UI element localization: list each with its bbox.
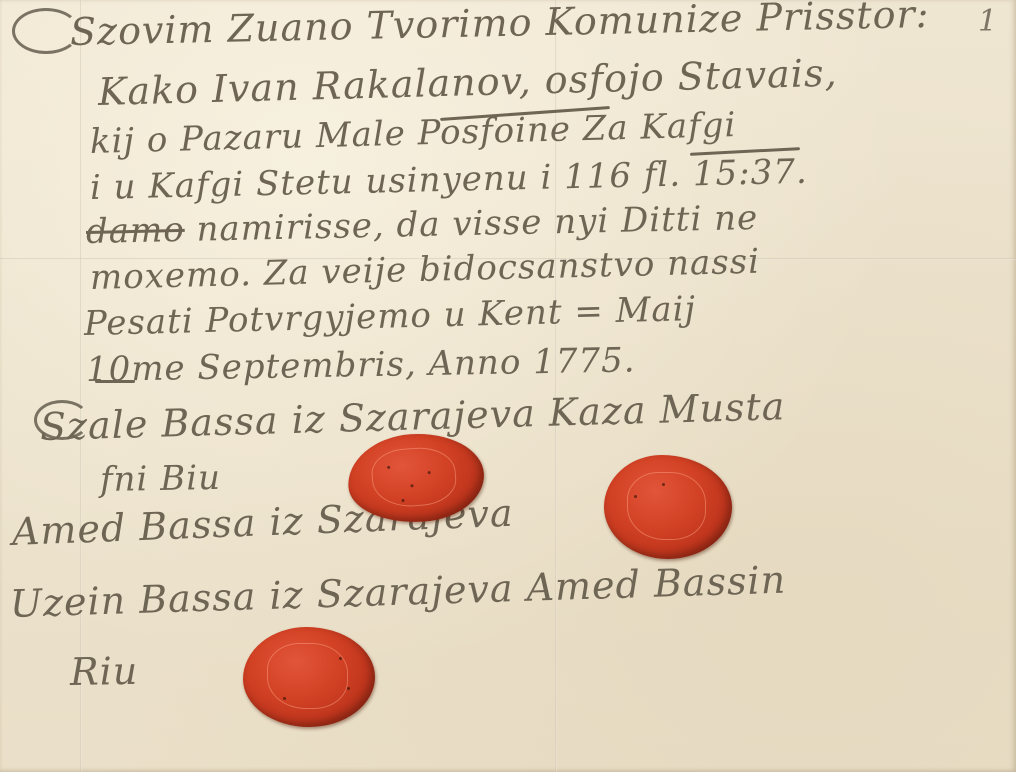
wax-seal-3 bbox=[243, 627, 375, 727]
manuscript-line-7: Pesati Potvrgyjemo u Kent = Maij bbox=[84, 289, 697, 344]
manuscript-line-13: Riu bbox=[70, 649, 139, 694]
manuscript-line-8: 10me Septembris, Anno 1775. bbox=[86, 340, 636, 390]
manuscript-line-3: kij o Pazaru Male Posfoine Za Kafgi bbox=[89, 105, 736, 162]
page-number: 1 bbox=[978, 4, 997, 39]
manuscript-page: 1 Szovim Zuano Tvorimo Komunize Prisstor… bbox=[0, 0, 1016, 772]
underline-stroke bbox=[95, 380, 135, 383]
manuscript-line-10: fni Biu bbox=[100, 458, 222, 500]
manuscript-line-1: Szovim Zuano Tvorimo Komunize Prisstor: bbox=[70, 0, 930, 54]
manuscript-line-12: Uzein Bassa iz Szarajeva Amed Bassin bbox=[9, 558, 786, 626]
wax-seal-2 bbox=[604, 455, 732, 559]
struck-word: damo bbox=[86, 210, 186, 252]
